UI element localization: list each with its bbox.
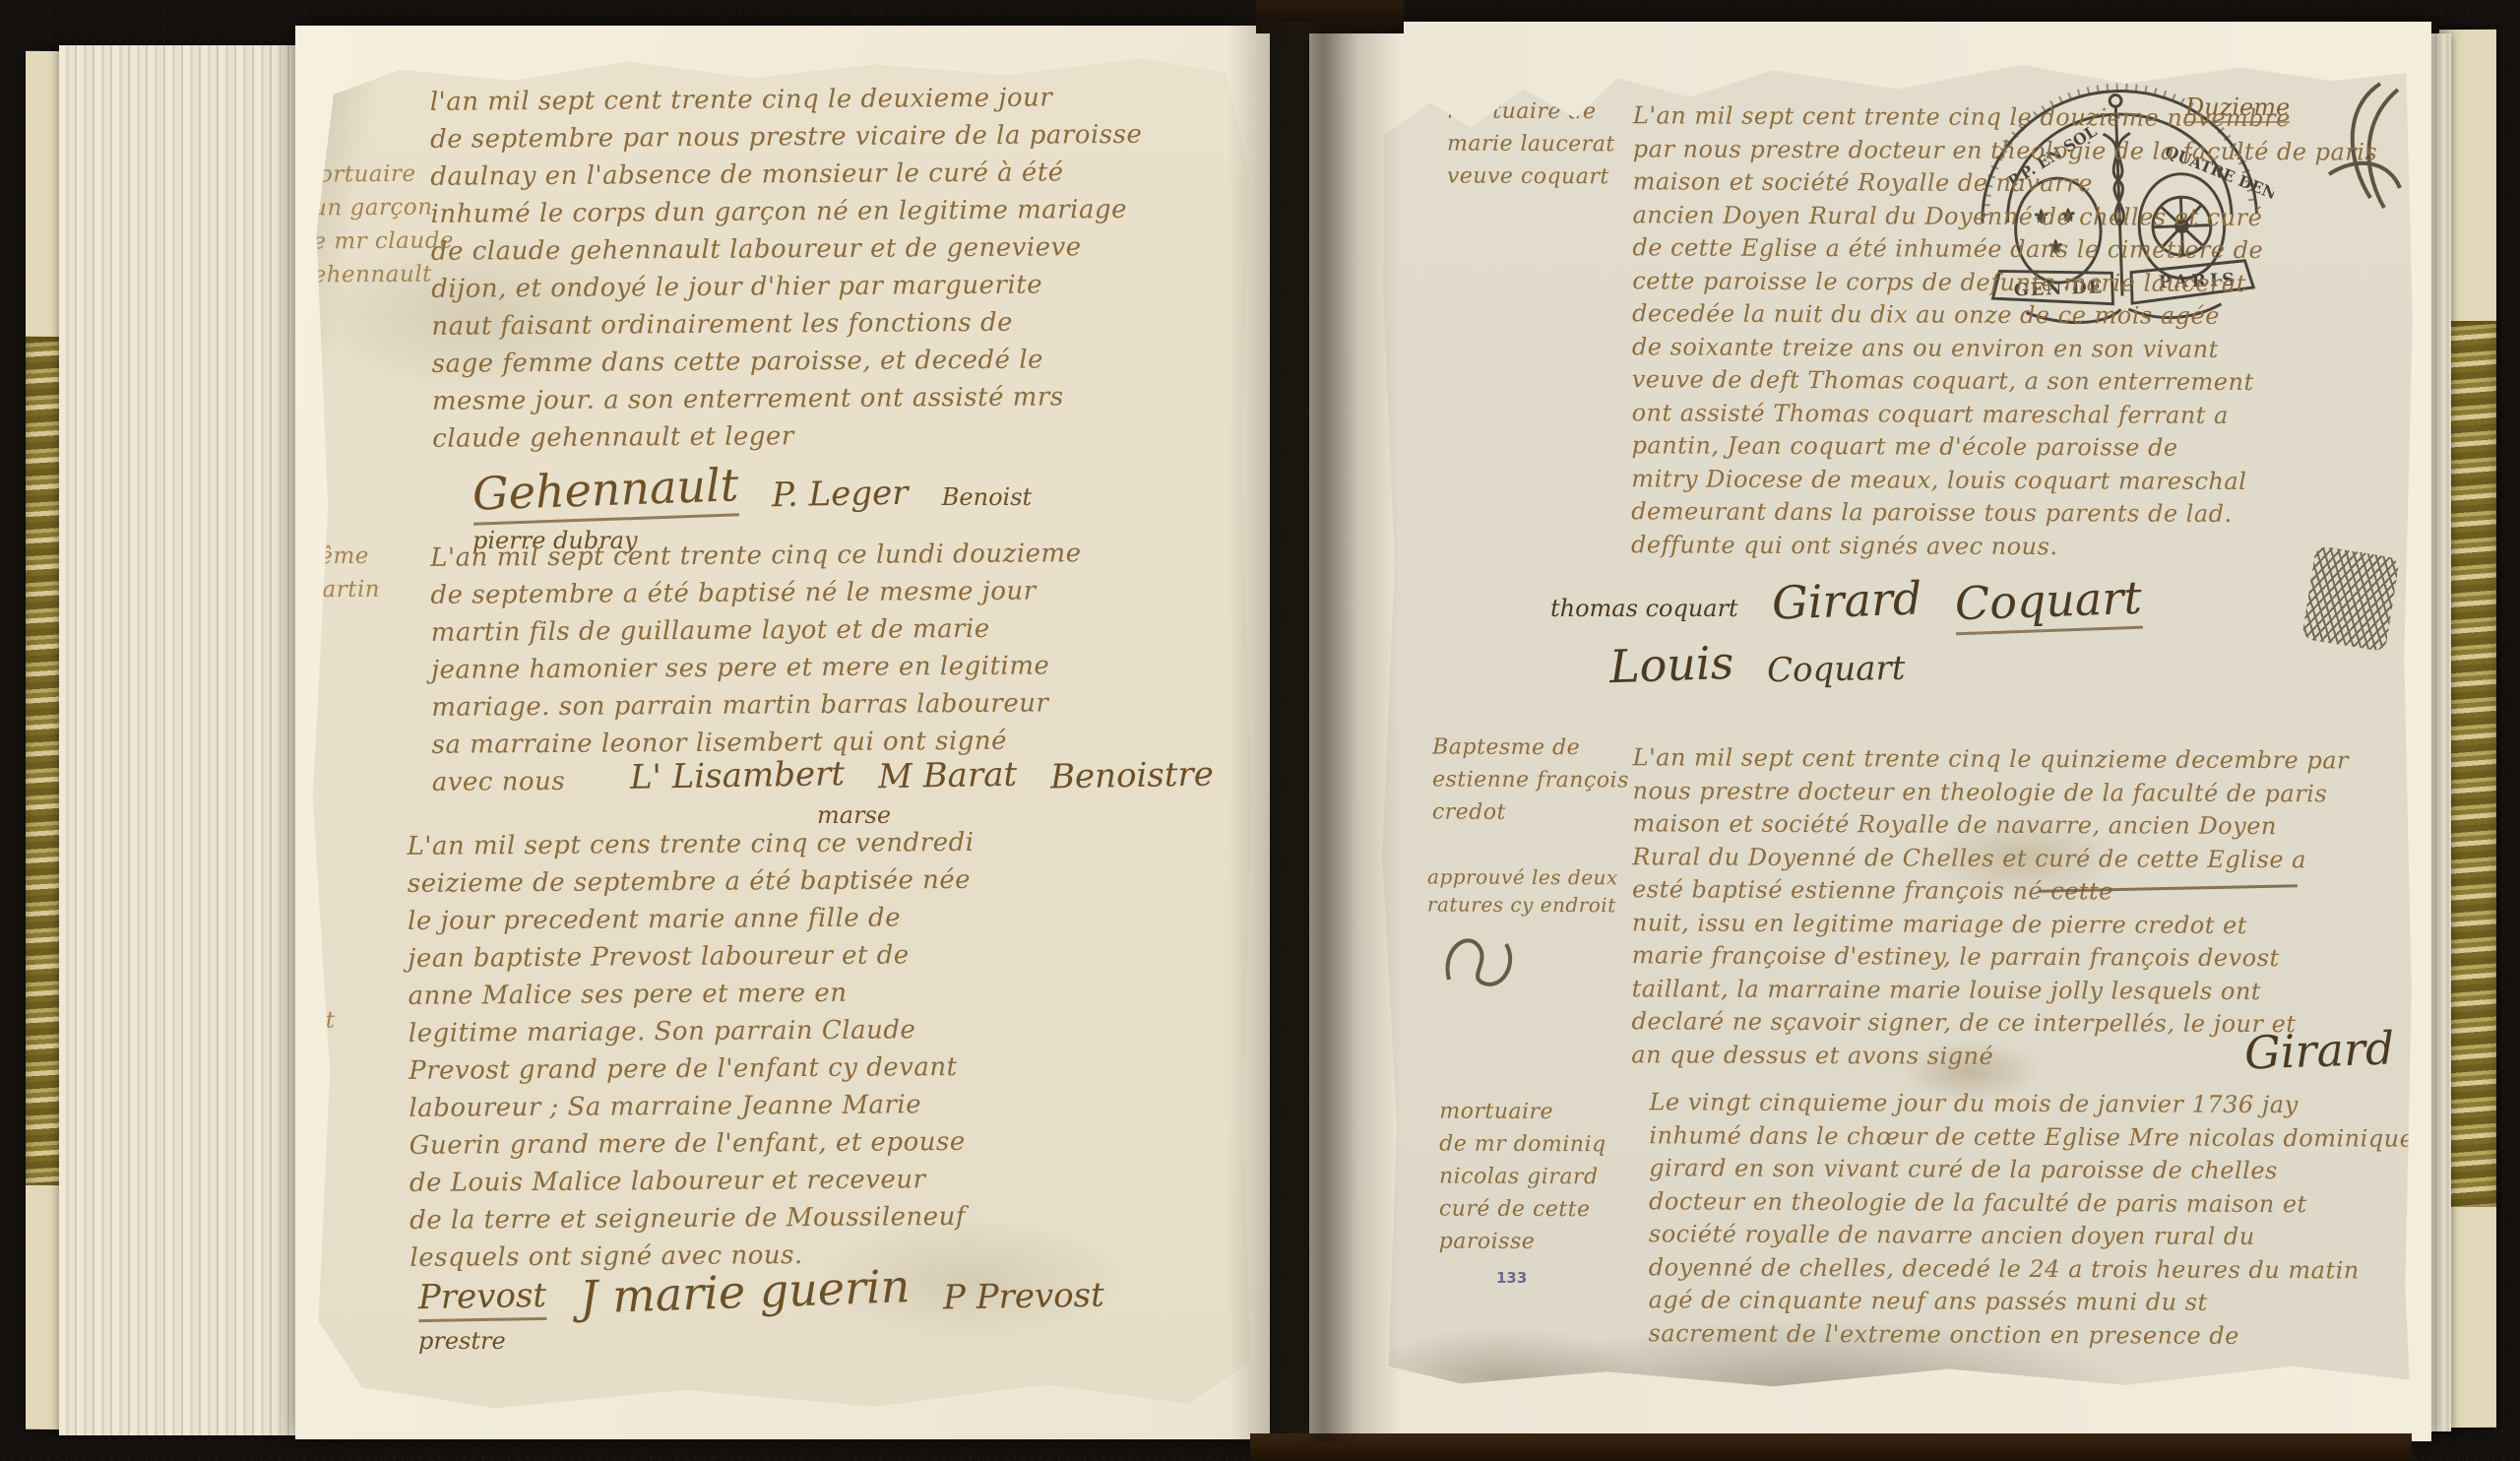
signature: thomas coquart <box>1550 595 1738 622</box>
signature: Coquart <box>1767 649 1906 690</box>
signatures: Girard <box>2244 1024 2394 1077</box>
signature: P. Leger <box>772 474 909 515</box>
signatures: L' Lisambert M Barat Benoistre marse <box>630 756 1221 829</box>
signature: Girard <box>2243 1021 2395 1079</box>
signature: prestre <box>418 1327 506 1355</box>
signature: Coquart <box>1954 571 2143 636</box>
crosshatch-paraph-icon <box>2301 545 2400 652</box>
entry-body: L'an mil sept cens trente cinq ce vendre… <box>407 822 1227 1277</box>
left-manuscript-leaf: mortuaire dun garçon de mr claude gehenn… <box>305 39 1255 1418</box>
margin-note: mortuaire de mr dominiq nicolas girard c… <box>1439 1096 1647 1259</box>
signatures: thomas coquart Girard Coquart Louis Coqu… <box>1550 574 2299 691</box>
margin-note: Baptesme de estienne françois credot <box>1432 731 1639 830</box>
entry-body: Le vingt cinquieme jour du mois de janvi… <box>1648 1086 2426 1353</box>
signature: P Prevost <box>943 1276 1104 1318</box>
approval-margin-note: approuvé les deux ratures cy endroit <box>1427 863 1634 920</box>
entry-body: L'an mil sept cent trente cinq le douzie… <box>1631 99 2401 564</box>
signature: Gehennault <box>472 458 739 525</box>
signature: M Barat <box>878 755 1018 796</box>
right-manuscript-leaf: P.P. EN SOL QUATRE DEN GEN·DE PARIS ⚜ ⚜ … <box>1378 54 2417 1393</box>
entry-body: l'an mil sept cent trente cinq le deuxie… <box>430 78 1230 458</box>
signature: Louis <box>1608 636 1734 693</box>
signature: Girard <box>1771 571 1922 629</box>
approval-paraph-icon <box>1437 921 1526 999</box>
signature: Benoistre <box>1050 755 1215 797</box>
manuscript-photo-background: mortuaire dun garçon de mr claude gehenn… <box>0 0 2520 1461</box>
signature: Benoist <box>942 483 1032 511</box>
signature: J marie guerin <box>579 1259 911 1324</box>
binding-board-top <box>1256 0 1404 33</box>
page-number: 133 <box>1496 1269 1527 1287</box>
binding-board-bottom <box>1250 1433 2412 1461</box>
signature: L' Lisambert <box>630 754 846 797</box>
signature: Prevost <box>418 1276 547 1322</box>
signatures: Prevost J marie guerin P Prevost prestre <box>418 1265 1206 1355</box>
